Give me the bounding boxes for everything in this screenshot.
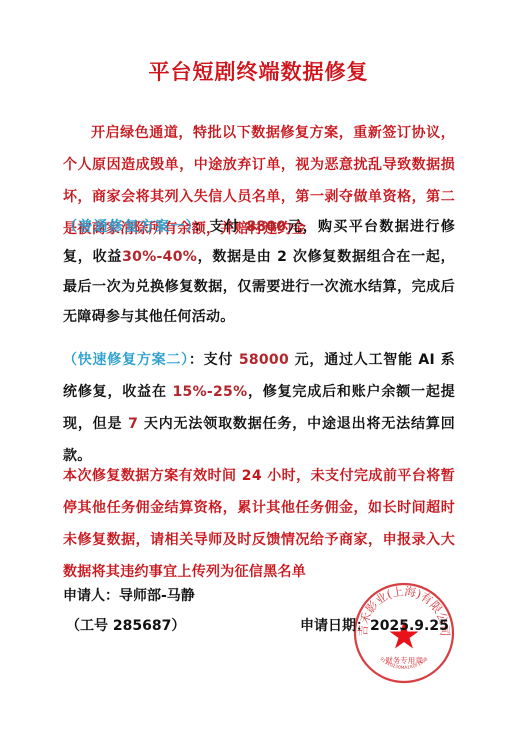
job-id-line: （工号 285687） (66, 615, 185, 635)
notice-paragraph: 本次修复数据方案有效时间 24 小时，未支付完成前平台将暂停其他任务佣金结算资格… (63, 460, 455, 588)
plan-two-yield: 15%-25% (172, 384, 247, 400)
plan-one-amount: 8800 (246, 219, 286, 235)
document-title: 平台短剧终端数据修复 (0, 56, 517, 86)
plan-one-yield: 30%-40% (122, 249, 197, 265)
applicant-line: 申请人：导师部-马静 (63, 585, 195, 605)
plan-two-paragraph: （快速修复方案二）：支付 58000 元，通过人工智能 AI 系统修复，收益在 … (63, 344, 455, 472)
plan-two-days: 7 (128, 416, 138, 432)
plan-two-label: （快速修复方案二） (63, 352, 189, 368)
plan-one-colon: ：支付 (194, 219, 246, 235)
application-date: 申请日期：2025.9.25 (300, 615, 449, 635)
plan-one-label: （普通修复方案一） (63, 219, 194, 235)
date-label: 申请日期： (300, 618, 370, 634)
plan-two-colon: ：支付 (189, 352, 239, 368)
date-value: 2025.9.25 (370, 618, 449, 634)
plan-two-amount: 58000 (239, 352, 289, 368)
plan-one-paragraph: （普通修复方案一）：支付 8800元，购买平台数据进行修复，收益30%-40%，… (63, 212, 455, 332)
